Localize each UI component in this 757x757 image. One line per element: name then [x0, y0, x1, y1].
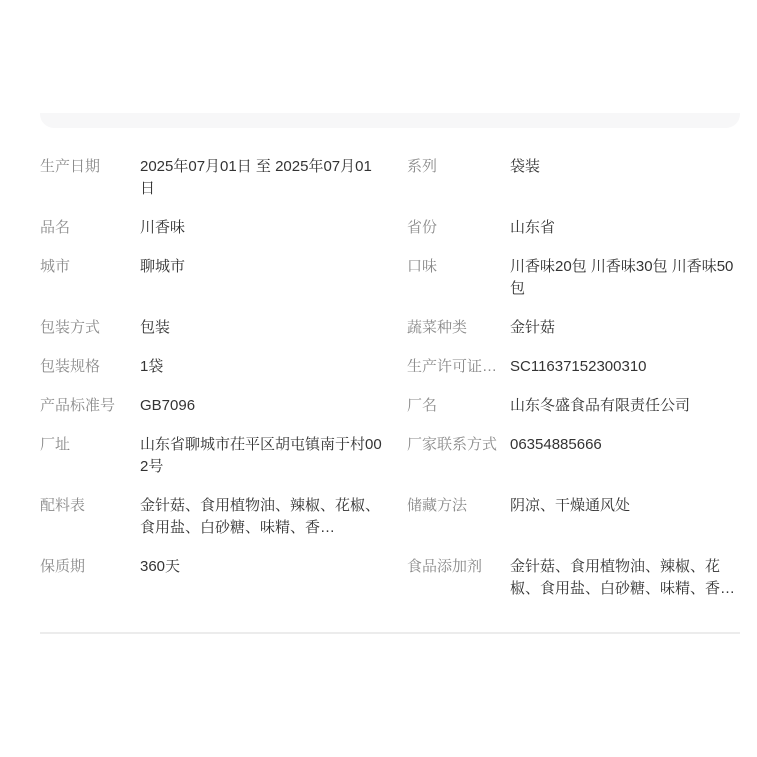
field-label: 蔬菜种类 [407, 317, 510, 339]
field-production-date: 生产日期 2025年07月01日 至 2025年07月01日 [40, 156, 385, 200]
field-series: 系列 袋装 [407, 156, 740, 200]
field-label: 省份 [407, 217, 510, 239]
field-value: 阴凉、干燥通风处 [510, 495, 740, 517]
field-value: 06354885666 [510, 434, 740, 456]
field-label: 配料表 [40, 495, 140, 517]
product-info-panel: 生产日期 2025年07月01日 至 2025年07月01日 系列 袋装 品名 … [40, 156, 740, 600]
field-value: SC11637152300310 [510, 356, 740, 378]
field-packaging-method: 包装方式 包装 [40, 317, 385, 339]
field-value: 1袋 [140, 356, 385, 378]
field-label: 生产许可证… [407, 356, 510, 378]
field-manufacturer-contact: 厂家联系方式 06354885666 [407, 434, 740, 478]
field-ingredients: 配料表 金针菇、食用植物油、辣椒、花椒、食用盐、白砂糖、味精、香… [40, 495, 385, 539]
field-value: 山东省聊城市茌平区胡屯镇南于村002号 [140, 434, 385, 478]
field-product-name: 品名 川香味 [40, 217, 385, 239]
section-bottom-divider [40, 632, 740, 634]
field-label: 口味 [407, 256, 510, 278]
field-value: 2025年07月01日 至 2025年07月01日 [140, 156, 385, 200]
field-label: 包装规格 [40, 356, 140, 378]
field-value: 川香味 [140, 217, 385, 239]
field-label: 厂址 [40, 434, 140, 456]
field-label: 厂家联系方式 [407, 434, 510, 456]
field-manufacturer-name: 厂名 山东冬盛食品有限责任公司 [407, 395, 740, 417]
field-label: 品名 [40, 217, 140, 239]
field-label: 生产日期 [40, 156, 140, 178]
field-value: 360天 [140, 556, 385, 578]
field-factory-address: 厂址 山东省聊城市茌平区胡屯镇南于村002号 [40, 434, 385, 478]
field-value: GB7096 [140, 395, 385, 417]
field-packaging-spec: 包装规格 1袋 [40, 356, 385, 378]
field-value: 山东省 [510, 217, 740, 239]
field-province: 省份 山东省 [407, 217, 740, 239]
field-city: 城市 聊城市 [40, 256, 385, 300]
field-label: 包装方式 [40, 317, 140, 339]
field-vegetable-type: 蔬菜种类 金针菇 [407, 317, 740, 339]
field-label: 食品添加剂 [407, 556, 510, 578]
field-value: 金针菇、食用植物油、辣椒、花椒、食用盐、白砂糖、味精、香… [140, 495, 385, 539]
field-value: 袋装 [510, 156, 740, 178]
field-storage-method: 储藏方法 阴凉、干燥通风处 [407, 495, 740, 539]
field-product-standard-no: 产品标准号 GB7096 [40, 395, 385, 417]
field-value: 金针菇、食用植物油、辣椒、花椒、食用盐、白砂糖、味精、香… [510, 556, 740, 600]
field-label: 产品标准号 [40, 395, 140, 417]
field-value: 聊城市 [140, 256, 385, 278]
field-label: 储藏方法 [407, 495, 510, 517]
field-value: 金针菇 [510, 317, 740, 339]
field-label: 厂名 [407, 395, 510, 417]
field-production-license: 生产许可证… SC11637152300310 [407, 356, 740, 378]
field-label: 城市 [40, 256, 140, 278]
field-flavor: 口味 川香味20包 川香味30包 川香味50包 [407, 256, 740, 300]
section-top-band [40, 113, 740, 128]
field-label: 系列 [407, 156, 510, 178]
field-value: 川香味20包 川香味30包 川香味50包 [510, 256, 740, 300]
field-food-additives: 食品添加剂 金针菇、食用植物油、辣椒、花椒、食用盐、白砂糖、味精、香… [407, 556, 740, 600]
field-shelf-life: 保质期 360天 [40, 556, 385, 600]
field-value: 包装 [140, 317, 385, 339]
field-value: 山东冬盛食品有限责任公司 [510, 395, 740, 417]
field-label: 保质期 [40, 556, 140, 578]
